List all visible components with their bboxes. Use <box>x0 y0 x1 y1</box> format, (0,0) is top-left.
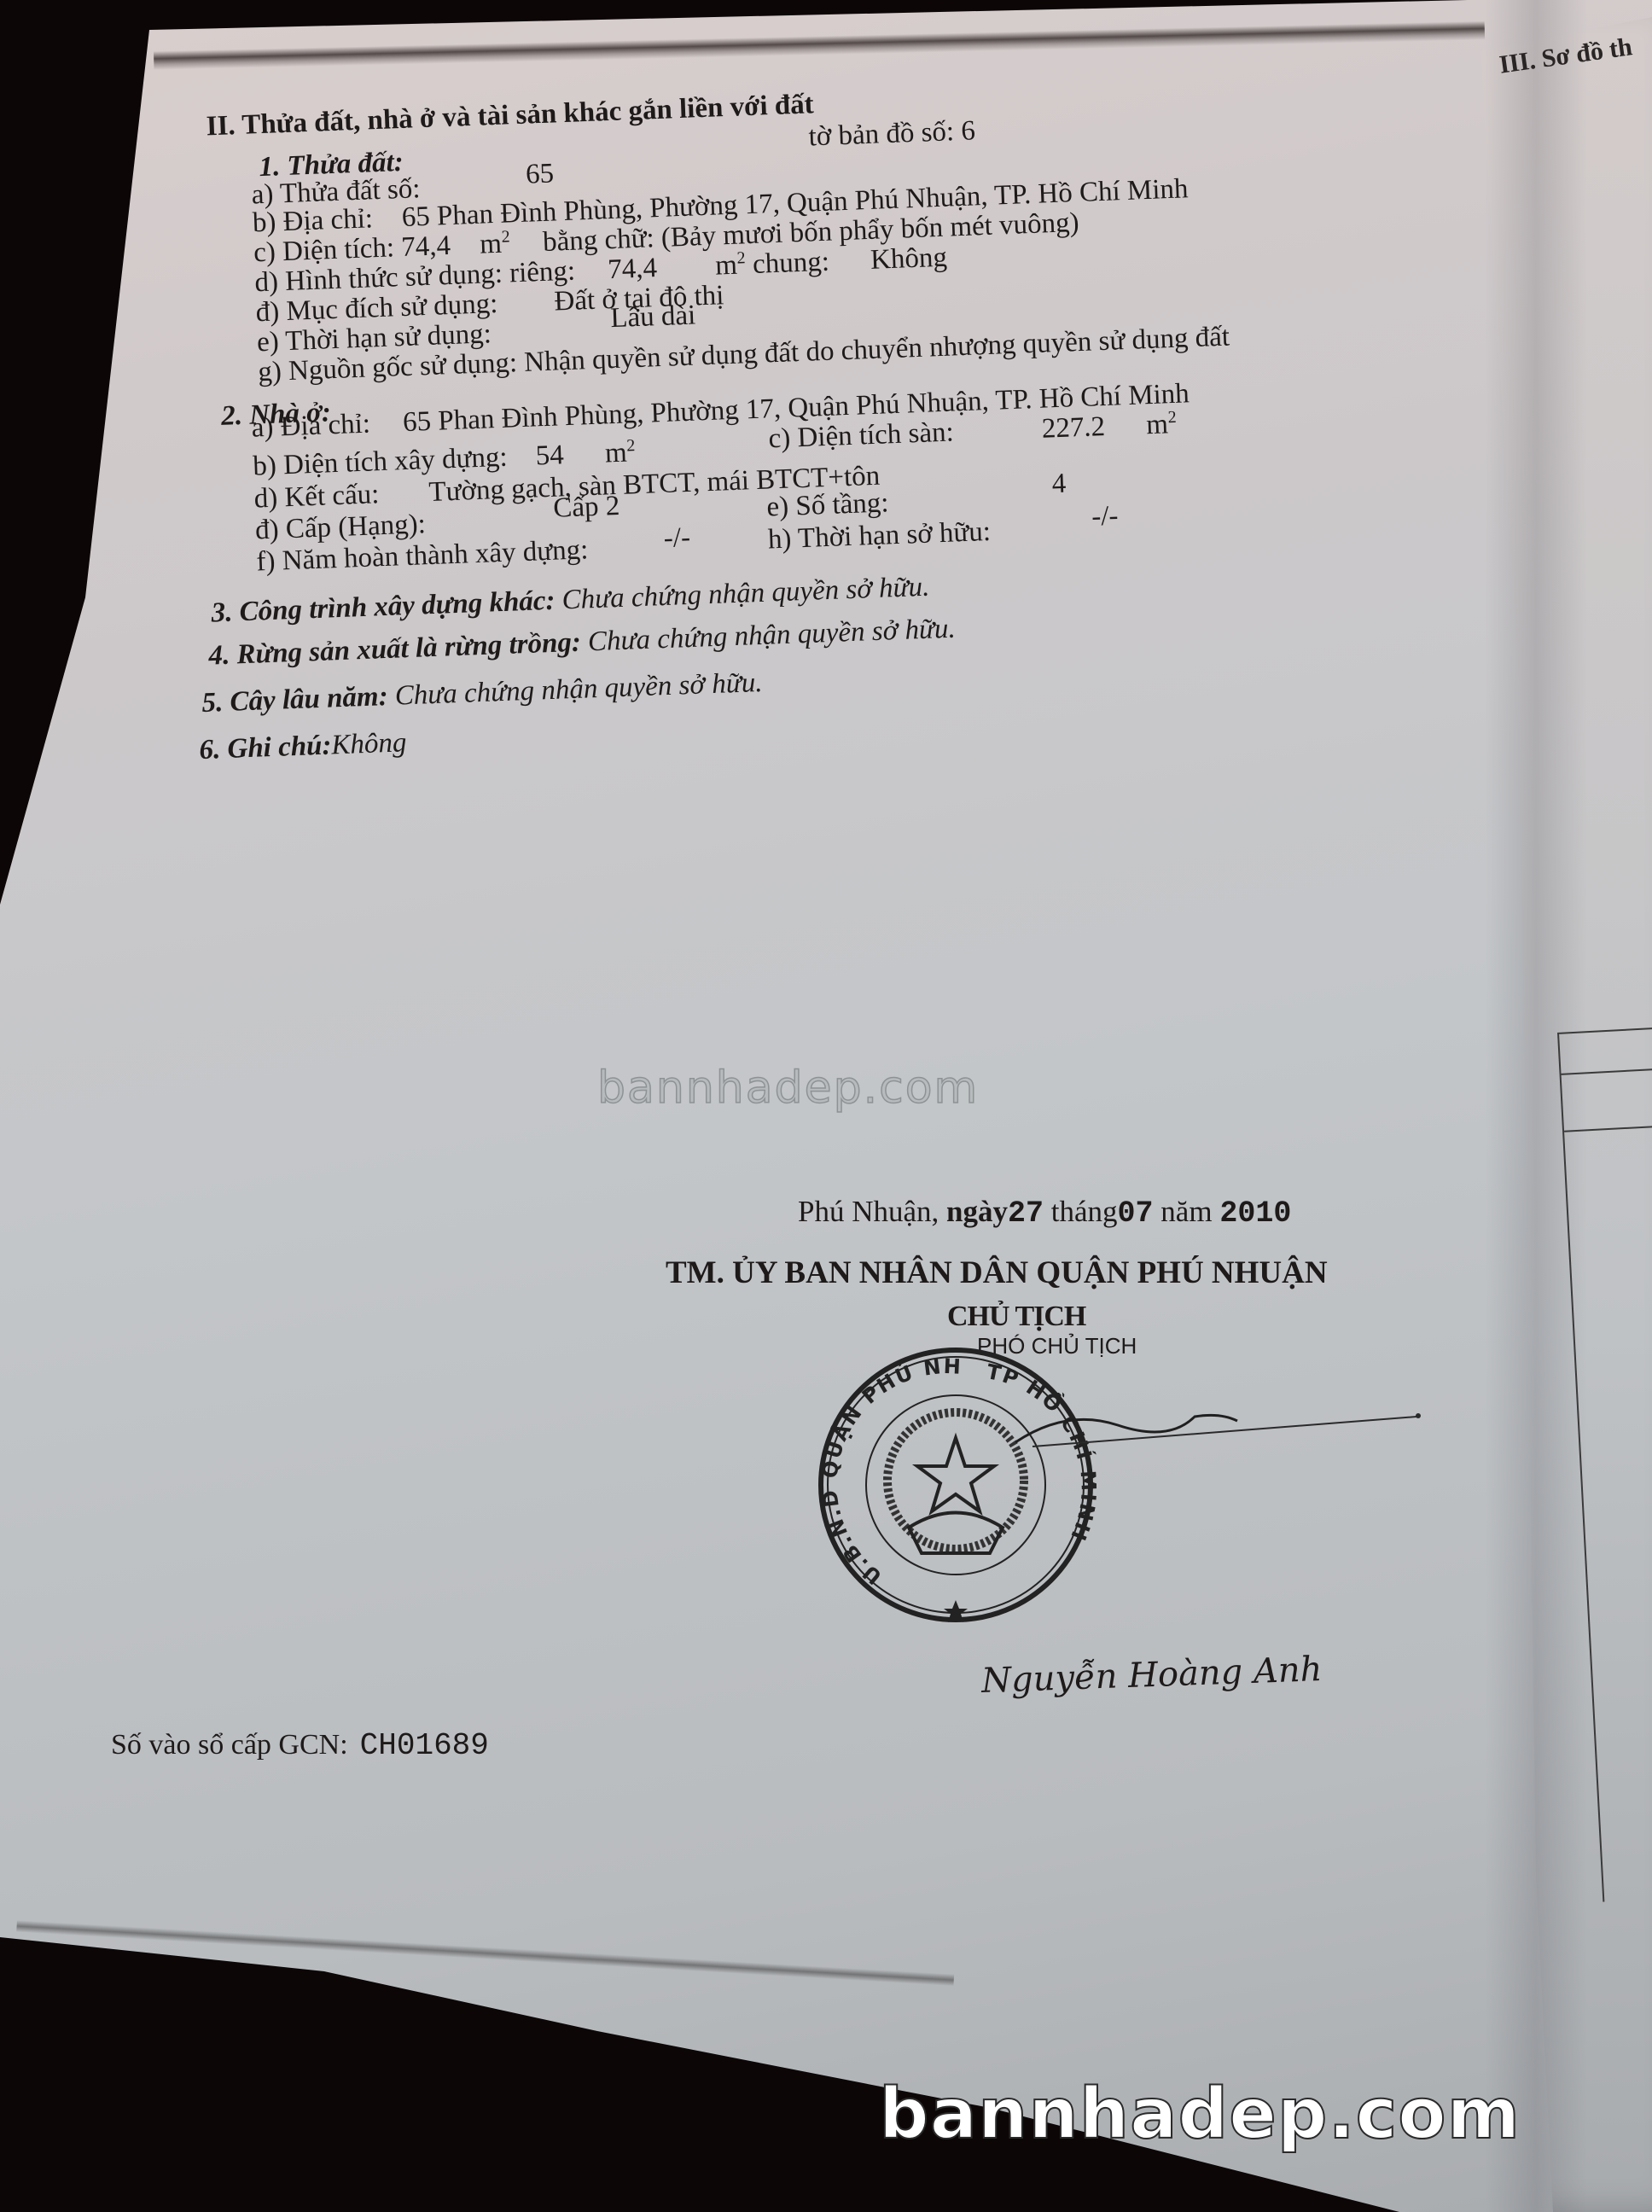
handwritten-signature-icon <box>1015 1400 1425 1451</box>
floor-area-value: 227.2 <box>1041 411 1106 445</box>
map-sheet-row: tờ bản đồ số: 6 <box>808 115 975 152</box>
land-area-unit: m2 <box>480 228 511 259</box>
other-construction-label: 3. Công trình xây dựng khác: <box>211 585 556 629</box>
term-value: Lâu dài <box>610 300 696 334</box>
ownership-term-value: -/- <box>1091 500 1119 532</box>
bottom-watermark: bannhadep.com <box>879 2074 1521 2155</box>
shared-label: chung: <box>752 247 829 280</box>
notes-row: 6. Ghi chú:Không <box>199 727 407 765</box>
year-label: năm <box>1160 1195 1212 1228</box>
floor-area-label: c) Diện tích sàn: <box>768 416 954 454</box>
notes-label: 6. Ghi chú: <box>199 730 332 765</box>
registry-number-row: Số vào sổ cấp GCN:CH01689 <box>111 1728 489 1763</box>
land-area-value: 74,4 <box>401 230 451 263</box>
signer-name: Nguyễn Hoàng Anh <box>980 1650 1323 1701</box>
house-address-label: a) Địa chỉ: <box>251 409 371 444</box>
ownership-term-label: h) Thời hạn sở hữu: <box>767 516 991 556</box>
month-value: 07 <box>1118 1196 1154 1231</box>
svg-text:TP HỒ CHÍ MINH: TP HỒ CHÍ MINH <box>985 1359 1096 1545</box>
issuing-authority: TM. ỦY BAN NHÂN DÂN QUẬN PHÚ NHUẬN <box>666 1254 1328 1291</box>
year-value: 2010 <box>1219 1196 1291 1231</box>
day-value: 27 <box>1008 1196 1044 1231</box>
production-forest-label: 4. Rừng sản xuất là rừng trồng: <box>208 627 582 672</box>
floors-value: 4 <box>1051 469 1067 500</box>
registry-code: CH01689 <box>360 1728 489 1763</box>
center-watermark: bannhadep.com <box>597 1062 979 1114</box>
day-label: ngày <box>946 1195 1008 1228</box>
shared-value: Không <box>870 242 947 276</box>
built-area-value: 54 <box>535 439 564 471</box>
private-area-value: 74,4 <box>608 253 658 285</box>
floor-area-unit: m2 <box>1146 409 1178 440</box>
perennial-trees-label: 5. Cây lâu năm: <box>201 681 388 719</box>
map-sheet-label: tờ bản đồ số: <box>808 116 955 152</box>
built-area-unit: m2 <box>604 437 636 469</box>
structure-label: d) Kết cấu: <box>253 479 380 514</box>
section-heading: II. Thửa đất, nhà ở và tài sản khác gắn … <box>206 89 814 142</box>
map-sheet-value: 6 <box>961 115 976 147</box>
completion-year-value: -/- <box>663 522 690 554</box>
official-seal-icon: U.B.N.D QUẬN PHÚ NHUẬN TP HỒ CHÍ MINH <box>815 1344 1096 1626</box>
floors-label: e) Số tầng: <box>766 487 889 522</box>
notes-value: Không <box>331 727 407 760</box>
perennial-trees-row: 5. Cây lâu năm: Chưa chứng nhận quyền sở… <box>201 667 763 719</box>
month-label: tháng <box>1051 1195 1118 1228</box>
place-date: Phú Nhuận, ngày27 tháng07 năm 2010 <box>798 1195 1291 1231</box>
registry-label: Số vào sổ cấp GCN: <box>111 1729 348 1761</box>
other-construction-value: Chưa chứng nhận quyền sở hữu. <box>561 572 930 616</box>
parcel-number-value: 65 <box>525 158 554 189</box>
grade-value: Cấp 2 <box>553 491 620 524</box>
chairman-title: CHỦ TỊCH <box>947 1301 1085 1333</box>
area-words-label: bằng chữ: <box>542 223 654 258</box>
production-forest-value: Chưa chứng nhận quyền sở hữu. <box>587 614 956 658</box>
private-label: riêng: <box>509 256 575 289</box>
document-content: II. Thửa đất, nhà ở và tài sản khác gắn … <box>0 0 1652 2212</box>
place: Phú Nhuận, <box>798 1195 939 1228</box>
private-area-unit: m2 <box>715 249 747 281</box>
grade-label: đ) Cấp (Hạng): <box>254 509 426 545</box>
perennial-trees-value: Chưa chứng nhận quyền sở hữu. <box>394 667 763 712</box>
